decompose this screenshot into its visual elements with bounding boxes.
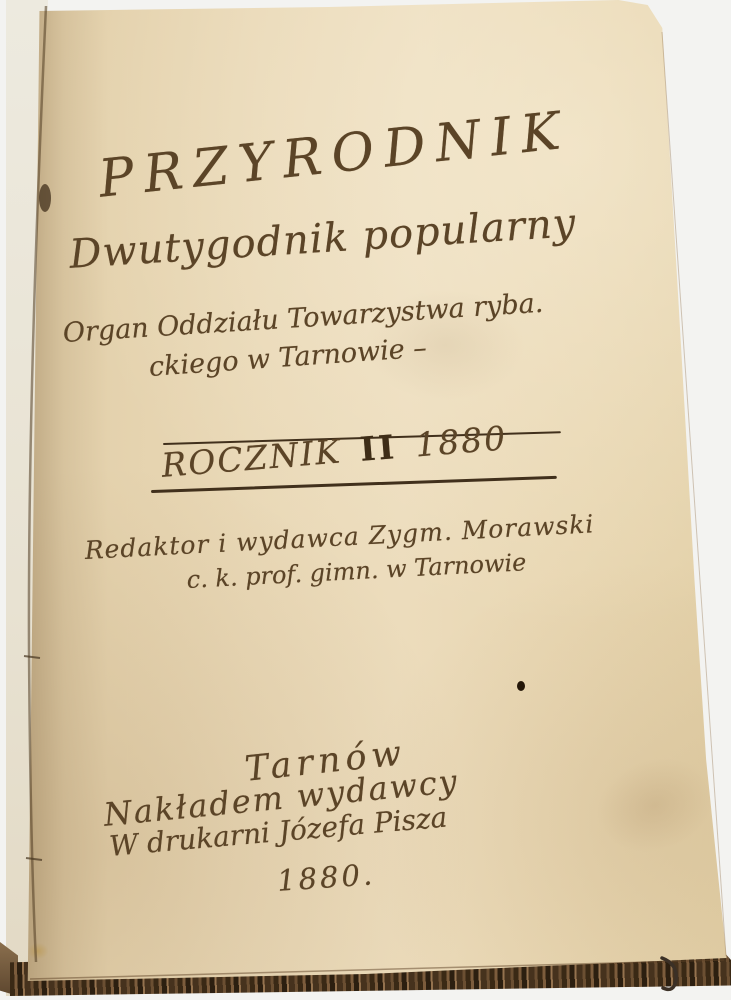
paper-crease-stain <box>554 717 731 893</box>
imprint-year: 1880. <box>276 857 376 898</box>
book-photo: PRZYRODNIK Dwutygodnik popularny Organ O… <box>0 0 731 1000</box>
volume-year: 1880 <box>414 418 509 464</box>
volume-numeral: II <box>353 427 405 470</box>
